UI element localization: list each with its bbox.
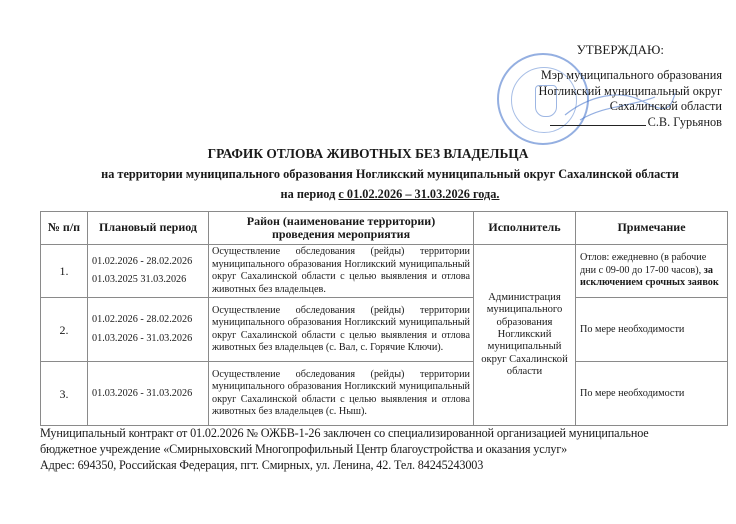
document-period: на период с 01.02.2026 – 31.03.2026 года… (0, 187, 736, 202)
header-period: Плановый период (88, 212, 209, 245)
approval-header: УТВЕРЖДАЮ: (470, 42, 664, 57)
row-note: По мере необходимости (576, 298, 728, 362)
approval-block: УТВЕРЖДАЮ: Мэр муниципального образовани… (470, 42, 722, 130)
row-note: Отлов: ежедневно (в рабочие дни с 09-00 … (576, 245, 728, 298)
header-area-line-1: Район (наименование территории) (213, 215, 469, 229)
period-range: 01.02.2026 - 28.02.2026 (92, 256, 204, 269)
period-value: с 01.02.2026 – 31.03.2026 года. (338, 187, 499, 201)
signature-line (550, 125, 646, 126)
approval-line-2: Ногликский муниципальный округ (470, 84, 722, 99)
row-executor: Администрация муниципального образования… (474, 245, 576, 426)
header-executor: Исполнитель (474, 212, 576, 245)
signature-row: С.В. Гурьянов (470, 115, 722, 130)
header-area-line-2: проведения мероприятия (213, 228, 469, 242)
row-note: По мере необходимости (576, 362, 728, 426)
note-text: По мере необходимости (580, 388, 684, 399)
document-subtitle: на территории муниципального образования… (0, 167, 736, 182)
header-num: № п/п (41, 212, 88, 245)
period-range: 01.02.2026 - 28.02.2026 (92, 314, 204, 327)
row-number: 1. (41, 245, 88, 298)
row-description: Осуществление обследования (рейды) терри… (209, 362, 474, 426)
row-number: 2. (41, 298, 88, 362)
row-description: Осуществление обследования (рейды) терри… (209, 298, 474, 362)
signatory-name: С.В. Гурьянов (648, 115, 722, 130)
row-description: Осуществление обследования (рейды) терри… (209, 245, 474, 298)
table-row: 2. 01.02.2026 - 28.02.2026 01.03.2026 - … (41, 298, 728, 362)
row-period: 01.02.2026 - 28.02.2026 01.03.2026 - 31.… (88, 298, 209, 362)
note-text: По мере необходимости (580, 324, 684, 335)
table-row: 1. 01.02.2026 - 28.02.2026 01.03.2025 31… (41, 245, 728, 298)
contract-footer: Муниципальный контракт от 01.02.2026 № О… (40, 425, 736, 473)
note-text: Отлов: ежедневно (в рабочие дни с 09-00 … (580, 252, 706, 276)
header-area: Район (наименование территории) проведен… (209, 212, 474, 245)
period-range: 01.03.2025 31.03.2026 (92, 274, 204, 287)
table-row: 3. 01.03.2026 - 31.03.2026 Осуществление… (41, 362, 728, 426)
document-title: ГРАФИК ОТЛОВА ЖИВОТНЫХ БЕЗ ВЛАДЕЛЬЦА (0, 146, 736, 162)
period-range: 01.03.2026 - 31.03.2026 (92, 333, 204, 346)
footer-line-3: Адрес: 694350, Российская Федерация, пгт… (40, 457, 736, 473)
footer-line-2: бюджетное учреждение «Смирныховский Мног… (40, 441, 736, 457)
period-prefix: на период (281, 187, 339, 201)
table-header-row: № п/п Плановый период Район (наименовани… (41, 212, 728, 245)
footer-line-1: Муниципальный контракт от 01.02.2026 № О… (40, 425, 736, 441)
approval-line-3: Сахалинской области (470, 99, 722, 114)
row-period: 01.02.2026 - 28.02.2026 01.03.2025 31.03… (88, 245, 209, 298)
schedule-table: № п/п Плановый период Район (наименовани… (40, 211, 728, 426)
approval-line-1: Мэр муниципального образования (470, 68, 722, 83)
header-note: Примечание (576, 212, 728, 245)
row-period: 01.03.2026 - 31.03.2026 (88, 362, 209, 426)
row-number: 3. (41, 362, 88, 426)
period-range: 01.03.2026 - 31.03.2026 (92, 388, 204, 401)
